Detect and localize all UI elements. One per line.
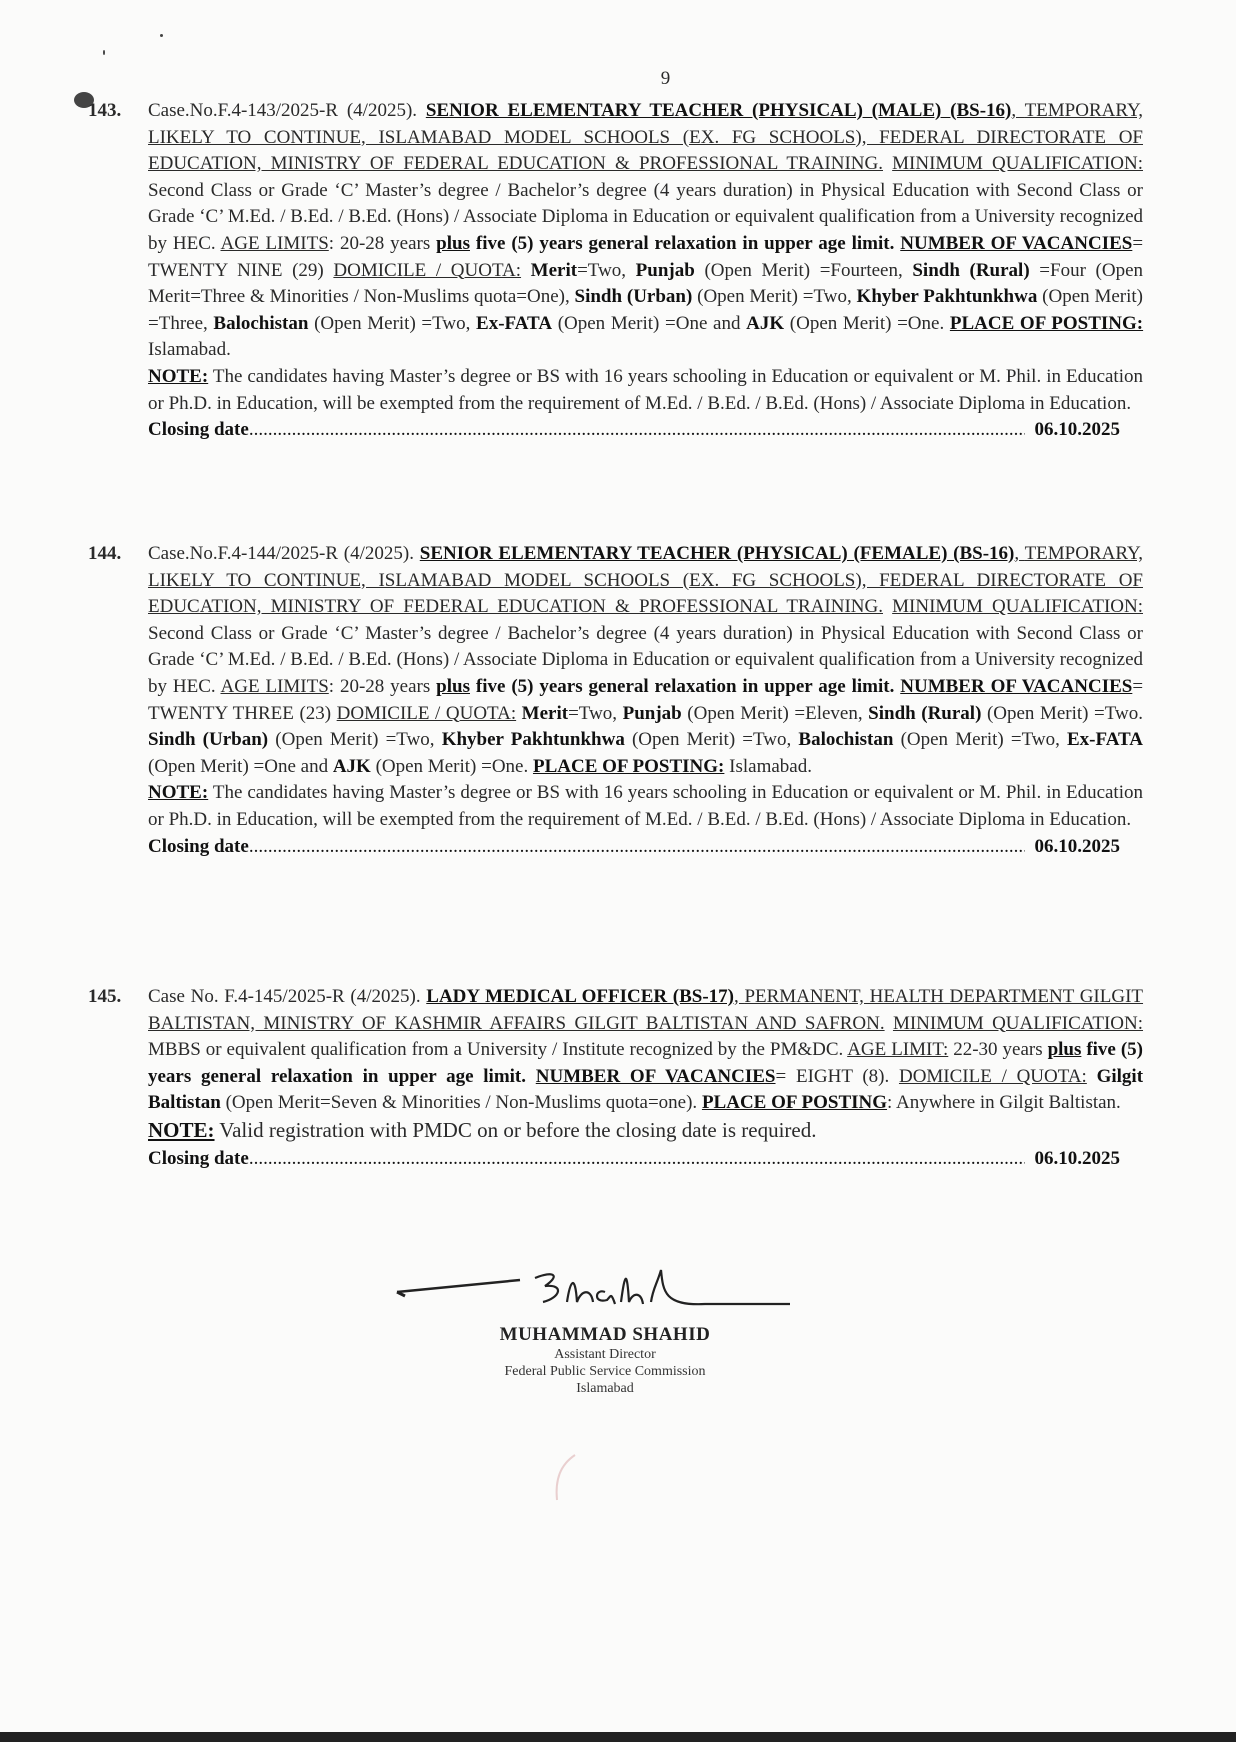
vacancies-label: NUMBER OF VACANCIES <box>536 1066 776 1087</box>
closing-label: Closing date <box>148 417 249 444</box>
page-number: 9 <box>0 68 1236 90</box>
age-plus: plus <box>1048 1039 1082 1060</box>
closing-date: 06.10.2025 <box>1025 834 1121 861</box>
note-label: NOTE: <box>148 782 208 803</box>
scan-speck <box>160 34 163 37</box>
signatory-name: MUHAMMAD SHAHID <box>380 1324 830 1346</box>
posting-label: PLACE OF POSTING: <box>533 756 724 777</box>
stamp-trace <box>545 1450 585 1510</box>
closing-date-row: Closing date 06.10.2025 <box>148 834 1120 861</box>
note: The candidates having Master’s degree or… <box>148 366 1143 414</box>
closing-label: Closing date <box>148 1146 249 1173</box>
qualification-label: MINIMUM QUALIFICATION: <box>892 596 1143 617</box>
age-label: AGE LIMIT: <box>847 1039 948 1060</box>
post-title: SENIOR ELEMENTARY TEACHER (PHYSICAL) (MA… <box>426 100 1012 121</box>
scan-speck <box>103 50 105 55</box>
age-plus: plus <box>436 233 470 254</box>
qualification-label: MINIMUM QUALIFICATION: <box>893 1013 1143 1034</box>
posting-label: PLACE OF POSTING: <box>950 313 1143 334</box>
domicile-label: DOMICILE / QUOTA: <box>899 1066 1087 1087</box>
vacancies: = EIGHT (8). <box>776 1066 890 1087</box>
closing-date: 06.10.2025 <box>1025 1146 1121 1173</box>
signatory-designation: Assistant Director <box>380 1346 830 1363</box>
qualification-label: MINIMUM QUALIFICATION: <box>892 153 1143 174</box>
vacancies-label: NUMBER OF VACANCIES <box>900 676 1132 697</box>
posting: Islamabad. <box>148 339 231 360</box>
scan-edge <box>0 1732 1236 1742</box>
signature-icon <box>395 1262 815 1322</box>
closing-date: 06.10.2025 <box>1025 417 1121 444</box>
vacancy-entry: 144. Case.No.F.4-144/2025-R (4/2025). SE… <box>88 541 1143 860</box>
qualification: MBBS or equivalent qualification from a … <box>148 1039 843 1060</box>
age-range: 22-30 years <box>948 1039 1042 1060</box>
age-relaxation: five (5) years general relaxation in upp… <box>476 233 894 254</box>
domicile-label: DOMICILE / QUOTA: <box>337 703 516 724</box>
case-number: Case.No.F.4-144/2025-R (4/2025). <box>148 543 414 564</box>
domicile-label: DOMICILE / QUOTA: <box>333 260 521 281</box>
note-label: NOTE: <box>148 366 208 387</box>
closing-date-row: Closing date 06.10.2025 <box>148 1146 1120 1173</box>
case-number: Case.No.F.4-143/2025-R (4/2025). <box>148 100 417 121</box>
note-label: NOTE: <box>148 1118 215 1142</box>
note: Valid registration with PMDC on or befor… <box>219 1118 816 1142</box>
age-range: : 20-28 years <box>329 233 430 254</box>
signatory-city: Islamabad <box>380 1380 830 1397</box>
case-number: Case No. F.4-145/2025-R (4/2025). <box>148 986 421 1007</box>
age-range: : 20-28 years <box>329 676 430 697</box>
posting: : Anywhere in Gilgit Baltistan. <box>887 1092 1121 1113</box>
entry-number: 144. <box>88 541 121 568</box>
age-relaxation: five (5) years general relaxation in upp… <box>476 676 894 697</box>
post-title: SENIOR ELEMENTARY TEACHER (PHYSICAL) (FE… <box>420 543 1015 564</box>
note: The candidates having Master’s degree or… <box>148 782 1143 830</box>
signatory-organization: Federal Public Service Commission <box>380 1363 830 1380</box>
posting: Islamabad. <box>729 756 812 777</box>
signature-block: MUHAMMAD SHAHID Assistant Director Feder… <box>380 1262 830 1397</box>
post-title: LADY MEDICAL OFFICER (BS-17) <box>426 986 734 1007</box>
posting-label: PLACE OF POSTING <box>702 1092 887 1113</box>
vacancy-entry: 145. Case No. F.4-145/2025-R (4/2025). L… <box>88 984 1143 1172</box>
entry-number: 145. <box>88 984 121 1011</box>
closing-label: Closing date <box>148 834 249 861</box>
closing-date-row: Closing date 06.10.2025 <box>148 417 1120 444</box>
age-label: AGE LIMITS <box>221 676 329 697</box>
age-label: AGE LIMITS <box>221 233 329 254</box>
vacancy-entry: 143. Case.No.F.4-143/2025-R (4/2025). SE… <box>88 98 1143 444</box>
vacancies-label: NUMBER OF VACANCIES <box>900 233 1132 254</box>
age-plus: plus <box>436 676 470 697</box>
entry-number: 143. <box>88 98 121 125</box>
